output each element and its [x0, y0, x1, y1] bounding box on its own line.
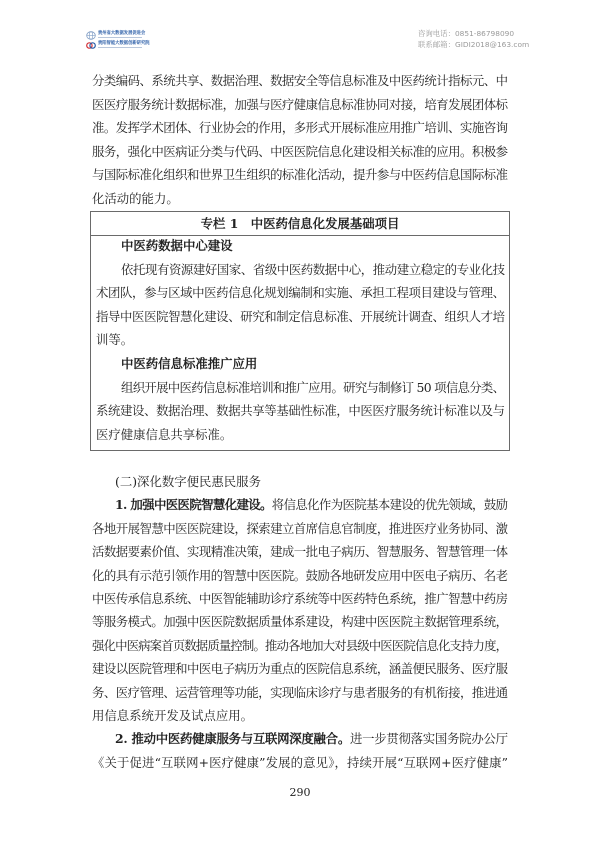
paragraph-lead: 2. 推动中医药健康服务与互联网深度融合。 — [115, 731, 350, 746]
text-span: 进一步贯彻落实国务院办公厅 — [350, 731, 508, 746]
text-line: 1. 加强中医医院智慧化建设。将信息化作为医院基本建设的优先领域，鼓励 — [92, 493, 508, 516]
phone-label: 咨询电话： — [418, 29, 455, 38]
text-line: 化活动的能力。 — [92, 187, 508, 211]
header-contact: 咨询电话：0851-86798090 联系邮箱：GIDI2018@163.com — [418, 29, 529, 50]
text-line: 服务，强化中医病证分类与代码、中医医院信息化建设相关标准的应用。积极参 — [92, 140, 508, 164]
special-column-box: 专栏 1 中医药信息化发展基础项目 中医药数据中心建设 依托现有资源建好国家、省… — [90, 211, 510, 451]
text-line: 中医传承信息系统、中医智能辅助诊疗系统等中医药特色系统，推广智慧中药房 — [92, 587, 508, 610]
text-line: 等服务模式。加强中医医院数据质量体系建设，构建中医医院主数据管理系统， — [92, 610, 508, 633]
text-line: 训等。 — [96, 328, 505, 352]
box-section-heading: 中医药数据中心建设 — [96, 234, 505, 258]
text-line: 医疗健康信息共享标准。 — [96, 423, 505, 447]
logo-row-institute: 贵阳智能大数据创新研究院 — [86, 41, 156, 51]
contact-phone-row: 咨询电话：0851-86798090 — [418, 29, 529, 40]
org-subtitle-institute — [98, 47, 142, 48]
section-heading: (二)深化数字便民惠民服务 — [92, 470, 508, 493]
paragraph-lead: 1. 加强中医医院智慧化建设。 — [115, 497, 272, 512]
text-line: 指导中医医院智慧化建设、研究和制定信息标准、开展统计调查、组织人才培 — [96, 305, 505, 329]
text-line: 准。发挥学术团体、行业协会的作用，多形式开展标准应用推广培训、实施咨询 — [92, 116, 508, 140]
text-line: 务、医疗管理、运营管理等功能，实现临床诊疗与患者服务的有机衔接，推进通 — [92, 681, 508, 704]
email-label: 联系邮箱： — [418, 40, 455, 49]
text-line: 各地开展智慧中医医院建设，探索建立首席信息官制度，推进医疗业务协同、激 — [92, 517, 508, 540]
phone-number: 0851-86798090 — [455, 29, 514, 38]
text-line: 活数据要素价值、实现精准决策，建成一批电子病历、智慧服务、智慧管理一体 — [92, 540, 508, 563]
text-line: 组织开展中医药信息标准培训和推广应用。研究与制修订 50 项信息分类、 — [96, 376, 505, 400]
text-line: 与国际标准化组织和世界卫生组织的标准化活动，提升参与中医药信息国际标准 — [92, 163, 508, 187]
email-address: GIDI2018@163.com — [455, 40, 529, 49]
org-name-association: 贵州省大数据发展促进会 — [98, 31, 145, 36]
section-digital-services: (二)深化数字便民惠民服务 1. 加强中医医院智慧化建设。将信息化作为医院基本建… — [92, 470, 508, 774]
box-section-heading: 中医药信息标准推广应用 — [96, 352, 505, 376]
header-logo: 贵州省大数据发展促进会 贵阳智能大数据创新研究院 — [86, 31, 156, 51]
institute-logo-icon — [86, 41, 96, 50]
text-line: 强化中医病案首页数据质量控制。推动各地加大对县级中医医院信息化支持力度， — [92, 634, 508, 657]
text-line: 系统建设、数据治理、数据共享等基础性标准，中医医疗服务统计标准以及与 — [96, 399, 505, 423]
page-number: 290 — [0, 786, 600, 800]
text-line: 用信息系统开发及试点应用。 — [92, 704, 508, 727]
intro-paragraph: 分类编码、系统共享、数据治理、数据安全等信息标准及中医药统计指标元、中 医医疗服… — [92, 69, 508, 210]
box-title: 专栏 1 中医药信息化发展基础项目 — [91, 212, 509, 236]
org-subtitle-association — [98, 37, 142, 38]
text-line: 依托现有资源建好国家、省级中医药数据中心，推动建立稳定的专业化技 — [96, 258, 505, 282]
text-line: 术团队，参与区域中医药信息化规划编制和实施、承担工程项目建设与管理、 — [96, 281, 505, 305]
text-line: 分类编码、系统共享、数据治理、数据安全等信息标准及中医药统计指标元、中 — [92, 69, 508, 93]
globe-icon — [86, 31, 96, 40]
contact-email-row: 联系邮箱：GIDI2018@163.com — [418, 40, 529, 51]
box-body: 中医药数据中心建设 依托现有资源建好国家、省级中医药数据中心，推动建立稳定的专业… — [96, 234, 505, 446]
org-name-institute: 贵阳智能大数据创新研究院 — [98, 41, 150, 46]
text-line: 2. 推动中医药健康服务与互联网深度融合。进一步贯彻落实国务院办公厅 — [92, 727, 508, 750]
text-line: 化的具有示范引领作用的智慧中医医院。鼓励各地研发应用中医电子病历、名老 — [92, 564, 508, 587]
text-line: 建设以医院管理和中医电子病历为重点的医院信息系统，涵盖便民服务、医疗服 — [92, 657, 508, 680]
logo-row-association: 贵州省大数据发展促进会 — [86, 31, 156, 41]
text-line: 医医疗服务统计数据标准，加强与医疗健康信息标准协同对接，培育发展团体标 — [92, 93, 508, 117]
text-span: 将信息化作为医院基本建设的优先领域，鼓励 — [272, 497, 508, 512]
text-line: 《关于促进“互联网+医疗健康”发展的意见》，持续开展“互联网+医疗健康” — [92, 751, 508, 774]
